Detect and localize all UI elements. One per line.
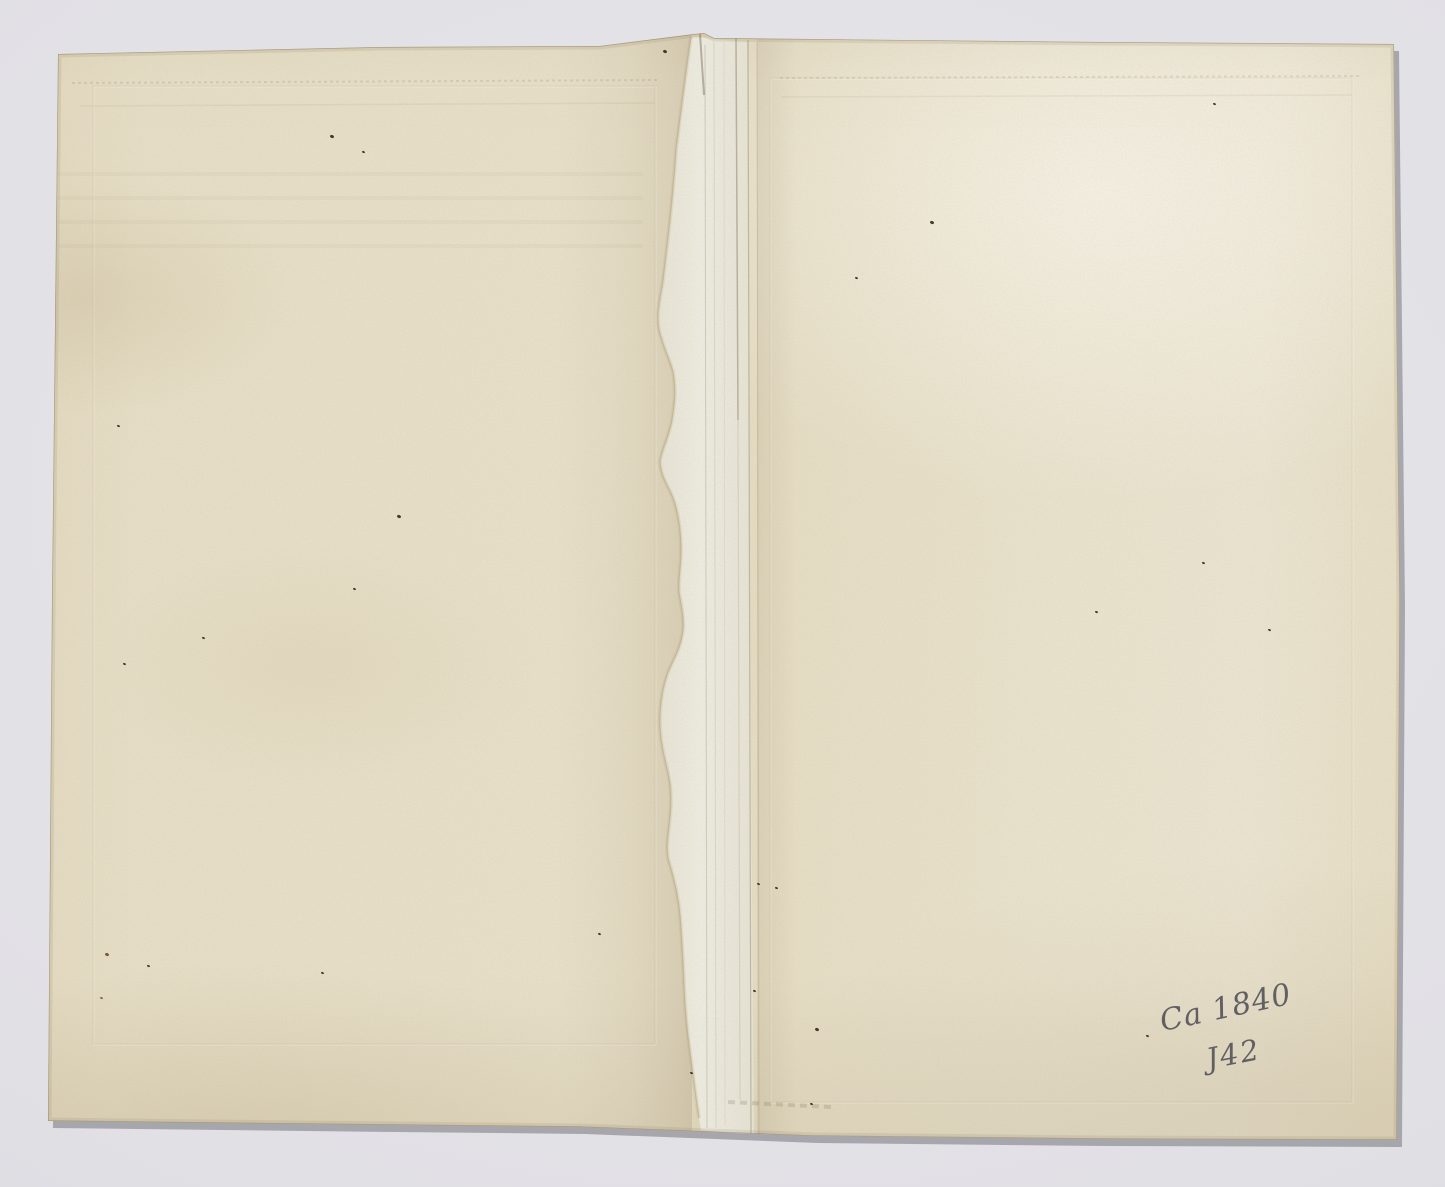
photo-backdrop: Ca 1840 J42: [0, 0, 1445, 1187]
paper-sheet: Ca 1840 J42: [0, 0, 1445, 1187]
